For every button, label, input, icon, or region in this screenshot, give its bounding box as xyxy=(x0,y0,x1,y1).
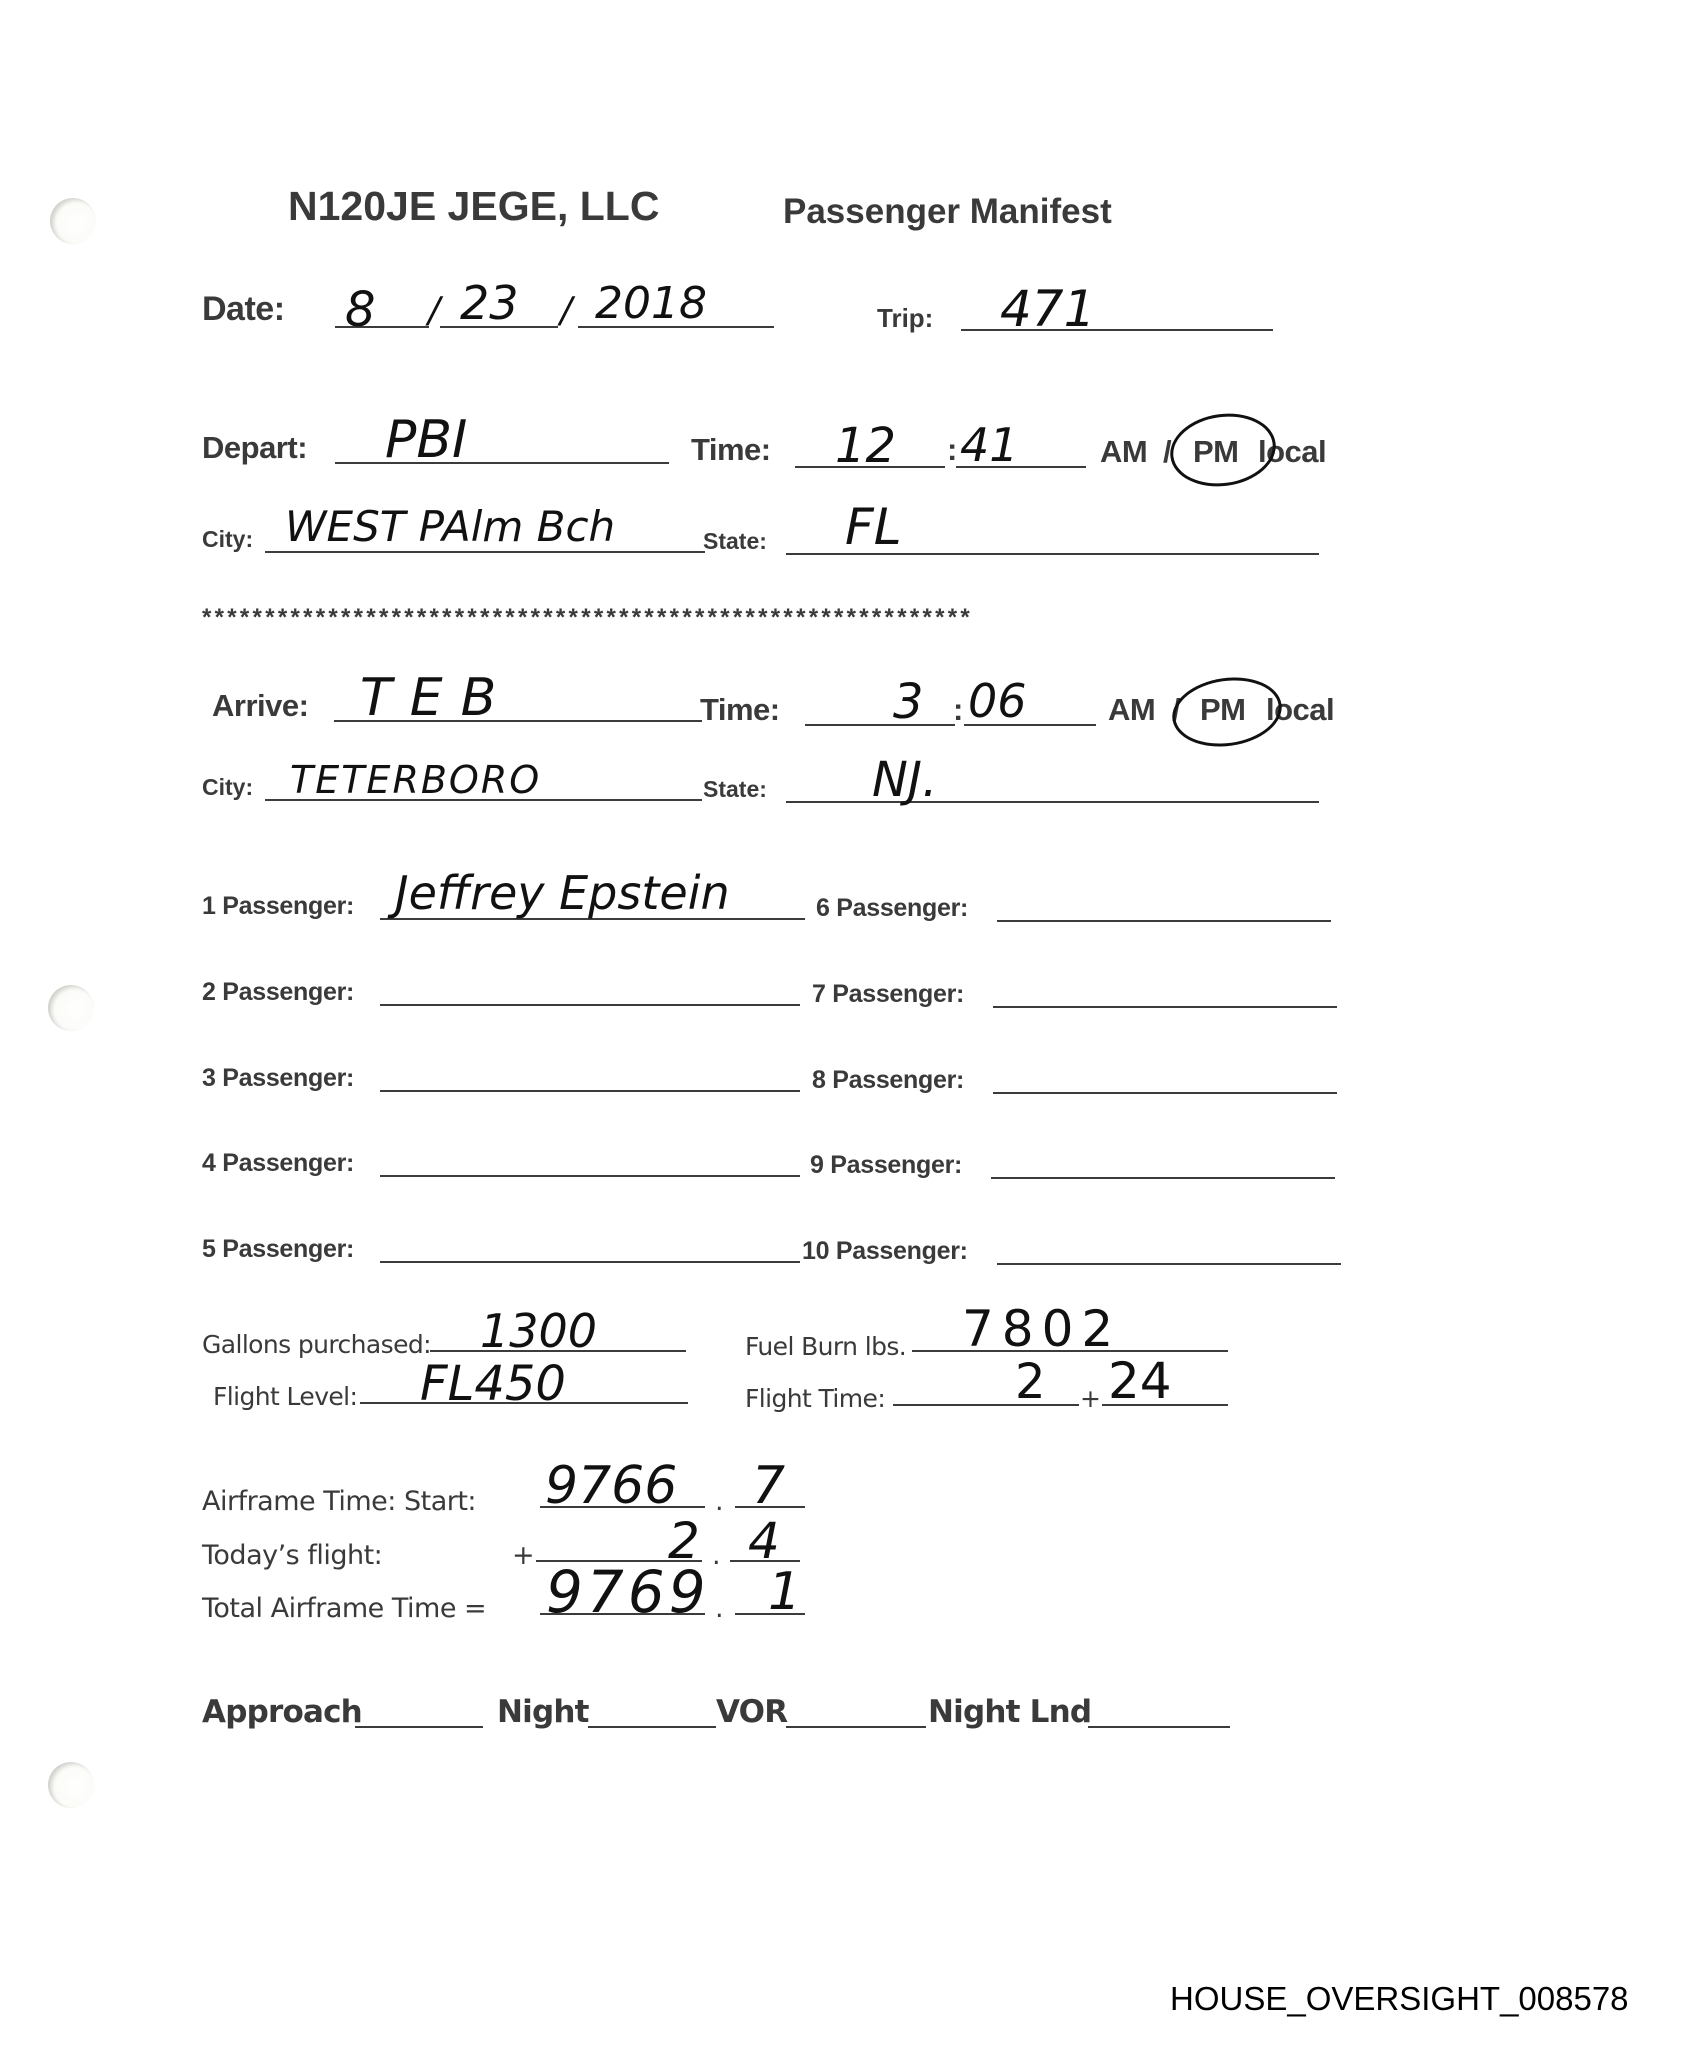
arrive-label: Arrive: xyxy=(212,688,308,724)
night-label: Night xyxy=(497,1694,589,1730)
approach-line[interactable] xyxy=(355,1726,483,1728)
total-airframe-label: Total Airframe Time = xyxy=(202,1593,486,1624)
arrive-time-label: Time: xyxy=(700,692,780,728)
passenger-9-line[interactable] xyxy=(991,1177,1335,1179)
passenger-5-label: 5 Passenger: xyxy=(202,1235,354,1264)
passenger-8-label: 8 Passenger: xyxy=(812,1066,964,1095)
arrive-time-min-value[interactable]: 06 xyxy=(968,674,1027,728)
depart-label: Depart: xyxy=(202,430,307,466)
depart-pm-selected-circle[interactable] xyxy=(1166,407,1281,493)
date-label: Date: xyxy=(202,290,285,329)
night-landing-label: Night Lnd xyxy=(928,1694,1091,1730)
passenger-1-label: 1 Passenger: xyxy=(202,892,354,921)
todays-flight-label: Today’s flight: xyxy=(202,1540,382,1571)
passenger-4-line[interactable] xyxy=(380,1175,800,1177)
passenger-3-line[interactable] xyxy=(380,1090,800,1092)
flight-time-hours-value[interactable]: 2 xyxy=(1015,1354,1046,1410)
passenger-8-line[interactable] xyxy=(993,1092,1337,1094)
flight-level-value[interactable]: FL450 xyxy=(420,1356,566,1412)
passenger-10-line[interactable] xyxy=(997,1263,1341,1265)
passenger-2-line[interactable] xyxy=(380,1004,800,1006)
depart-time-hour-value[interactable]: 12 xyxy=(835,418,896,474)
depart-state-value[interactable]: FL xyxy=(845,498,902,556)
company-name: N120JE JEGE, LLC xyxy=(288,183,659,230)
form-title: Passenger Manifest xyxy=(783,192,1112,232)
punch-hole-middle xyxy=(48,985,94,1031)
depart-city-value[interactable]: WEST PAlm Bch xyxy=(285,502,615,551)
passenger-1-name[interactable]: Jeffrey Epstein xyxy=(395,866,730,920)
todays-flight-dot: . xyxy=(712,1540,720,1571)
passenger-6-label: 6 Passenger: xyxy=(816,894,968,923)
vor-label: VOR xyxy=(716,1694,787,1730)
passenger-10-label: 10 Passenger: xyxy=(802,1237,968,1266)
date-year-value[interactable]: 2018 xyxy=(595,278,707,329)
night-line[interactable] xyxy=(588,1726,716,1728)
depart-time-label: Time: xyxy=(691,432,771,468)
arrive-city-value[interactable]: TETERBORO xyxy=(290,758,541,802)
passenger-3-label: 3 Passenger: xyxy=(202,1064,354,1093)
depart-state-label: State: xyxy=(703,528,767,555)
passenger-2-label: 2 Passenger: xyxy=(202,978,354,1007)
depart-time-min-value[interactable]: 41 xyxy=(960,418,1019,472)
flight-time-label: Flight Time: xyxy=(745,1384,885,1413)
passenger-7-label: 7 Passenger: xyxy=(812,980,964,1009)
date-month-value[interactable]: 8 xyxy=(345,282,376,338)
date-day-value[interactable]: 23 xyxy=(460,276,519,330)
airframe-start-whole-value[interactable]: 9766 xyxy=(545,1456,677,1516)
arrive-state-value[interactable]: NJ. xyxy=(872,752,937,808)
night-landing-line[interactable] xyxy=(1088,1726,1230,1728)
date-separator: / xyxy=(428,290,440,331)
section-separator: ****************************************… xyxy=(202,604,973,632)
arrive-am-label: AM xyxy=(1108,692,1155,728)
depart-am-label: AM xyxy=(1100,434,1147,470)
bates-number: HOUSE_OVERSIGHT_008578 xyxy=(1170,1980,1629,2018)
depart-city-label: City: xyxy=(202,526,253,553)
flight-time-plus: + xyxy=(1080,1384,1100,1413)
todays-flight-plus: + xyxy=(512,1540,534,1571)
punch-hole-top xyxy=(50,198,96,244)
vor-line[interactable] xyxy=(786,1726,926,1728)
depart-city-line xyxy=(265,551,705,553)
arrive-time-colon: : xyxy=(953,692,963,728)
arrive-time-hour-line xyxy=(805,724,955,726)
arrive-time-hour-value[interactable]: 3 xyxy=(893,674,924,730)
passenger-4-label: 4 Passenger: xyxy=(202,1149,354,1178)
passenger-6-line[interactable] xyxy=(997,920,1331,922)
depart-time-colon: : xyxy=(947,432,957,468)
trip-label: Trip: xyxy=(877,303,933,334)
flight-level-label: Flight Level: xyxy=(213,1382,357,1411)
total-airframe-dot: . xyxy=(715,1593,723,1624)
flight-time-hours-line xyxy=(893,1404,1079,1406)
arrive-state-line xyxy=(786,801,1319,803)
arrive-pm-selected-circle[interactable] xyxy=(1168,671,1286,754)
airframe-start-tenth-value[interactable]: 7 xyxy=(752,1456,785,1516)
gallons-purchased-label: Gallons purchased: xyxy=(202,1330,431,1359)
approach-label: Approach xyxy=(202,1694,362,1730)
passenger-9-label: 9 Passenger: xyxy=(810,1151,962,1180)
flight-time-minutes-value[interactable]: 24 xyxy=(1108,1352,1172,1410)
fuel-burn-label: Fuel Burn lbs. xyxy=(745,1332,906,1361)
airframe-start-dot: . xyxy=(715,1486,723,1517)
fuel-burn-value[interactable]: 7802 xyxy=(962,1300,1121,1358)
arrive-city-label: City: xyxy=(202,774,253,801)
arrive-state-label: State: xyxy=(703,776,767,803)
depart-airport-value[interactable]: PBI xyxy=(385,410,467,470)
date-separator: / xyxy=(560,290,572,331)
punch-hole-bottom xyxy=(48,1762,94,1808)
trip-value[interactable]: 471 xyxy=(1000,280,1095,338)
passenger-5-line[interactable] xyxy=(380,1261,800,1263)
total-airframe-tenth-value[interactable]: 1 xyxy=(768,1562,801,1622)
airframe-start-label: Airframe Time: Start: xyxy=(202,1486,476,1517)
gallons-purchased-value[interactable]: 1300 xyxy=(480,1304,597,1358)
arrive-airport-value[interactable]: TEB xyxy=(360,668,514,728)
total-airframe-whole-value[interactable]: 9769 xyxy=(546,1558,710,1626)
passenger-7-line[interactable] xyxy=(993,1006,1337,1008)
